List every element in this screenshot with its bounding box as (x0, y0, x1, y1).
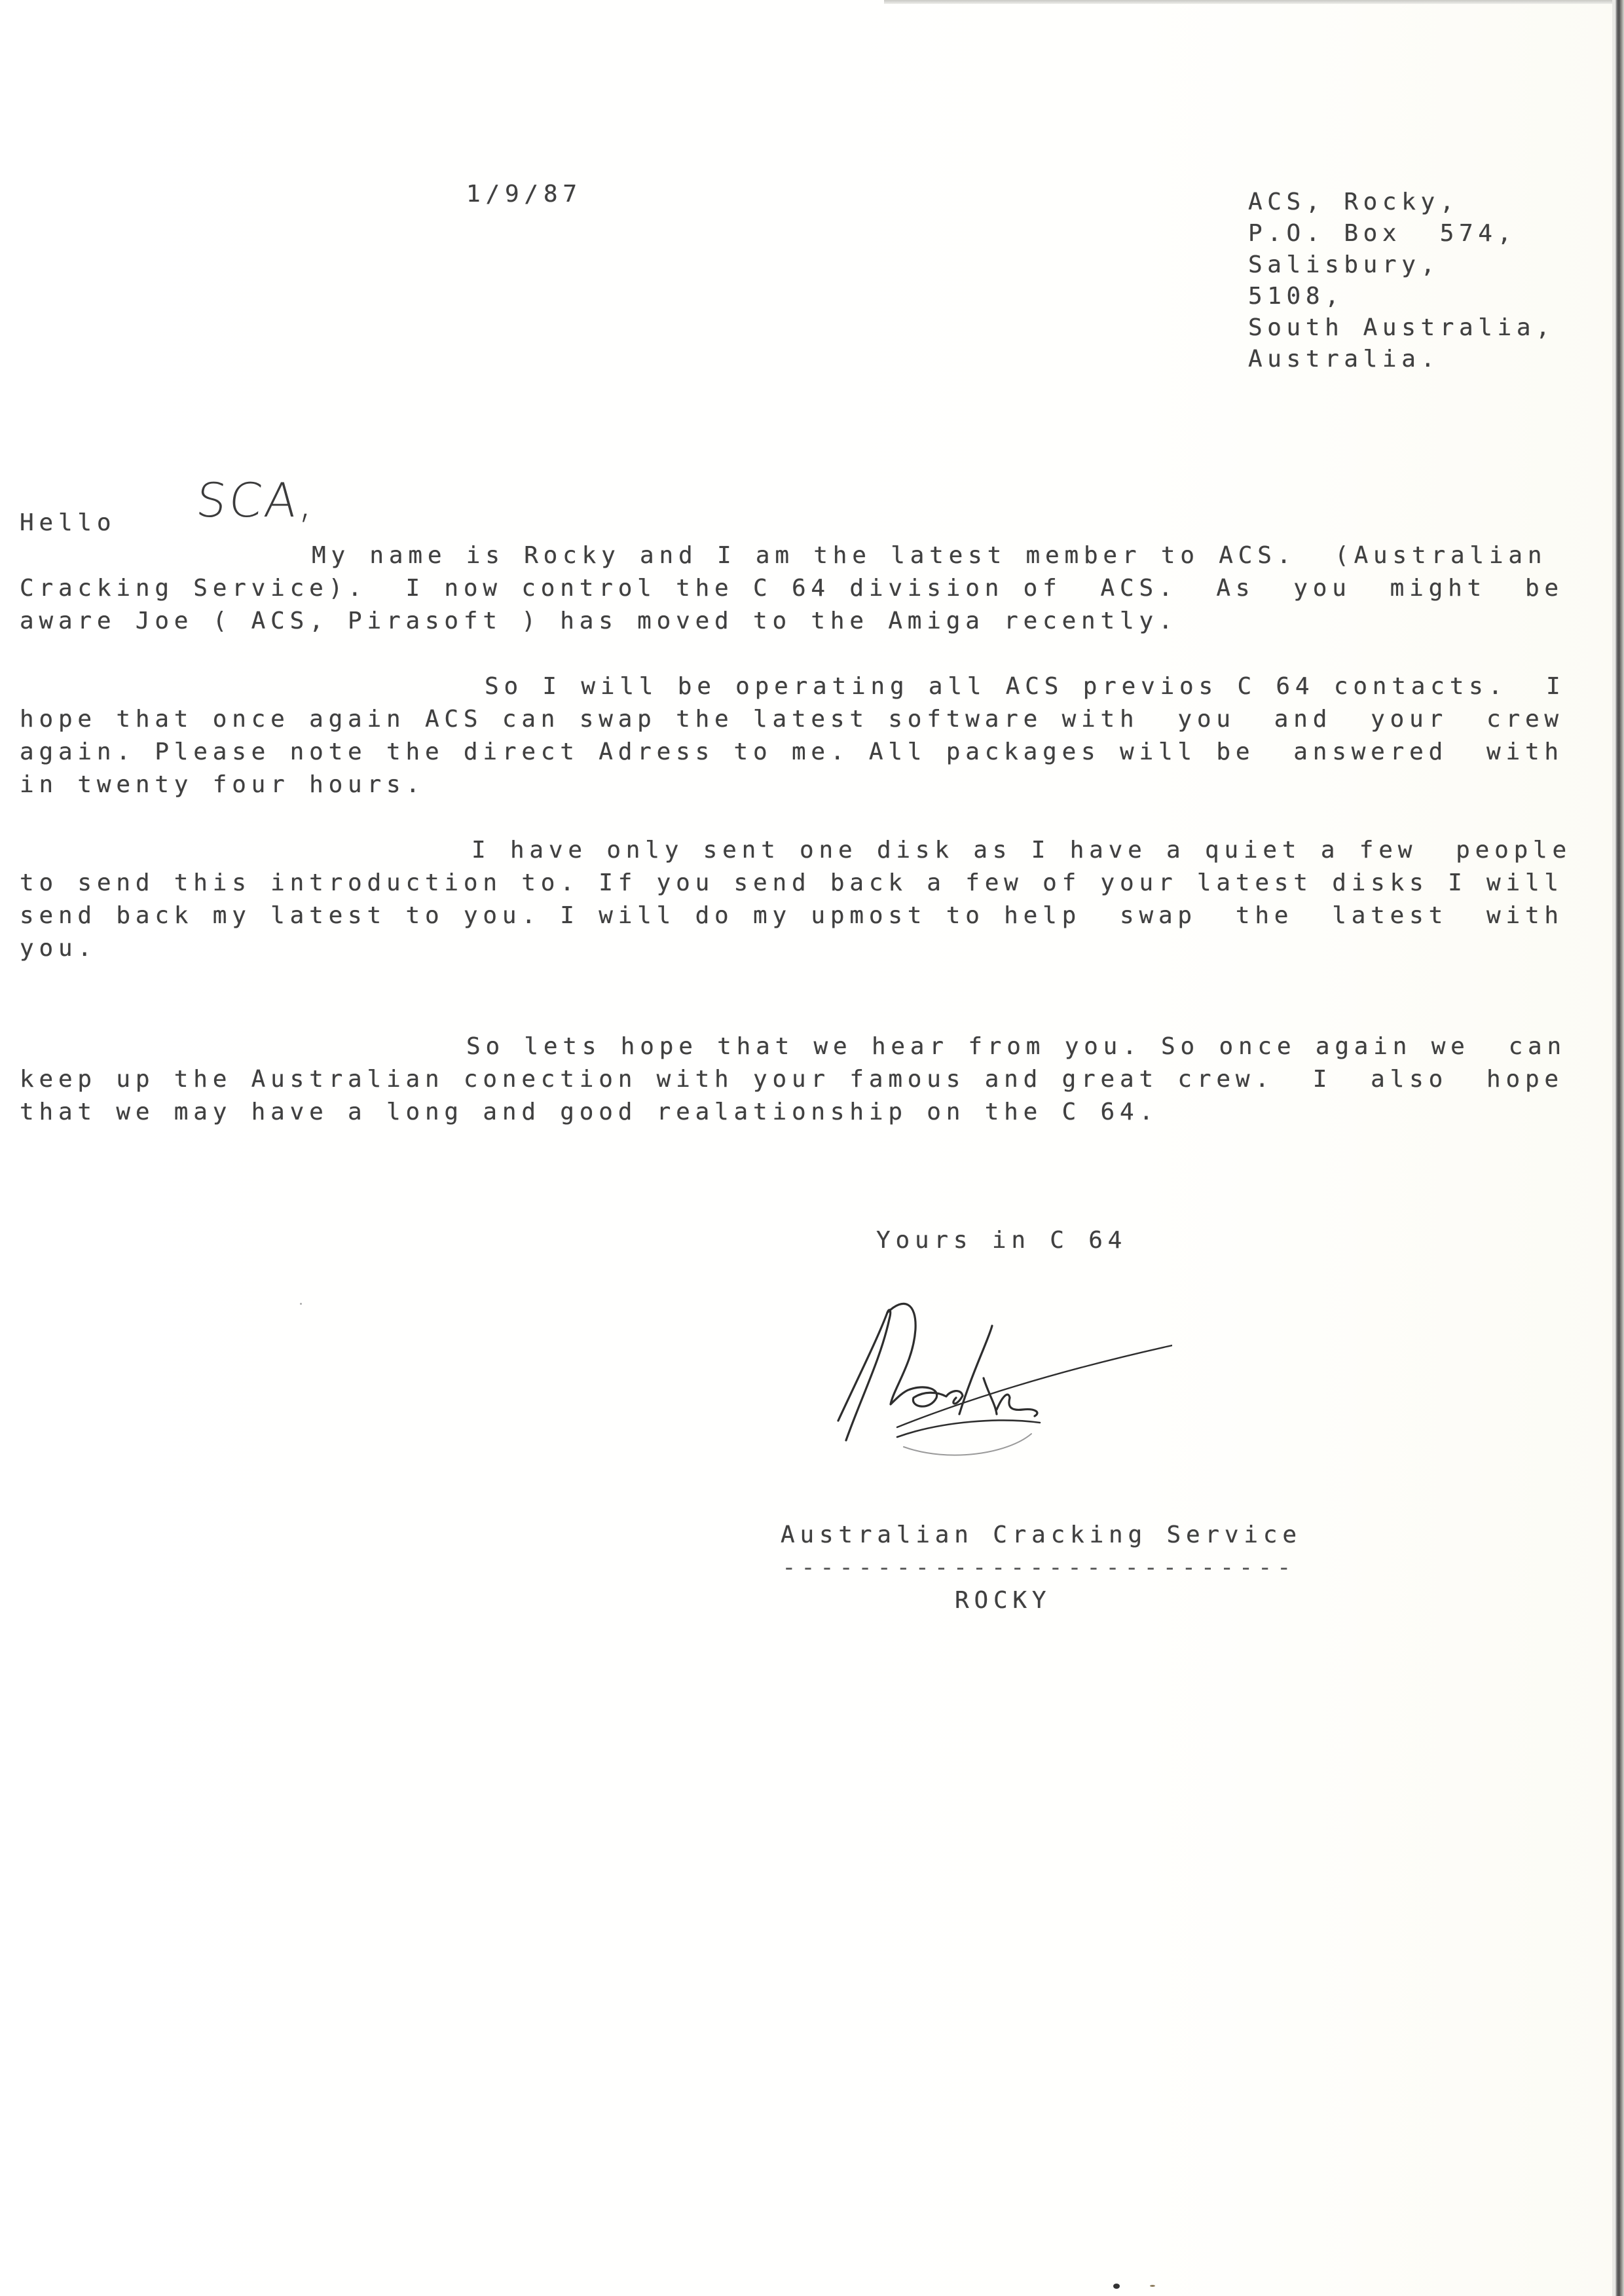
signature-organization: Australian Cracking Service (781, 1519, 1302, 1552)
scan-speck (1113, 2284, 1120, 2289)
page-top-edge (884, 0, 1617, 4)
address-line: ACS, Rocky, (1248, 186, 1459, 219)
handwritten-recipient: SCA, (194, 473, 320, 528)
paragraph-line: So I will be operating all ACS previos C… (485, 670, 1566, 703)
paragraph-line: So lets hope that we hear from you. So o… (466, 1030, 1566, 1063)
paragraph-line: again. Please note the direct Adress to … (20, 736, 1564, 769)
scan-speck (1150, 2285, 1155, 2287)
paragraph-line: in twenty four hours. (20, 769, 425, 801)
letter-page: 1/9/87 ACS, Rocky, P.O. Box 574, Salisbu… (0, 0, 1624, 2296)
address-line: P.O. Box 574, (1248, 217, 1517, 250)
handwritten-signature (832, 1300, 1172, 1470)
page-right-edge (1615, 0, 1624, 2296)
paragraph-line: keep up the Australian conection with yo… (20, 1063, 1564, 1096)
scan-speck (300, 1303, 302, 1305)
paragraph-line: that we may have a long and good realati… (20, 1096, 1158, 1129)
paragraph-line: send back my latest to you. I will do my… (20, 900, 1564, 932)
paragraph-line: aware Joe ( ACS, Pirasoft ) has moved to… (20, 605, 1177, 638)
signature-divider: --------------------------- (782, 1552, 1296, 1584)
closing: Yours in C 64 (876, 1224, 1127, 1257)
letter-date: 1/9/87 (466, 178, 582, 211)
paragraph-line: I have only sent one disk as I have a qu… (471, 834, 1572, 867)
paragraph-line: Cracking Service). I now control the C 6… (20, 572, 1564, 605)
address-line: South Australia, (1248, 312, 1555, 344)
address-line: Salisbury, (1248, 249, 1440, 282)
signature-name: ROCKY (955, 1584, 1051, 1617)
address-line: Australia. (1248, 343, 1440, 376)
paragraph-line: My name is Rocky and I am the latest mem… (312, 539, 1547, 572)
greeting: Hello (20, 507, 116, 539)
paragraph-line: to send this introduction to. If you sen… (20, 867, 1564, 900)
paragraph-line: hope that once again ACS can swap the la… (20, 703, 1564, 736)
address-line: 5108, (1248, 280, 1344, 313)
paragraph-line: you. (20, 932, 97, 965)
